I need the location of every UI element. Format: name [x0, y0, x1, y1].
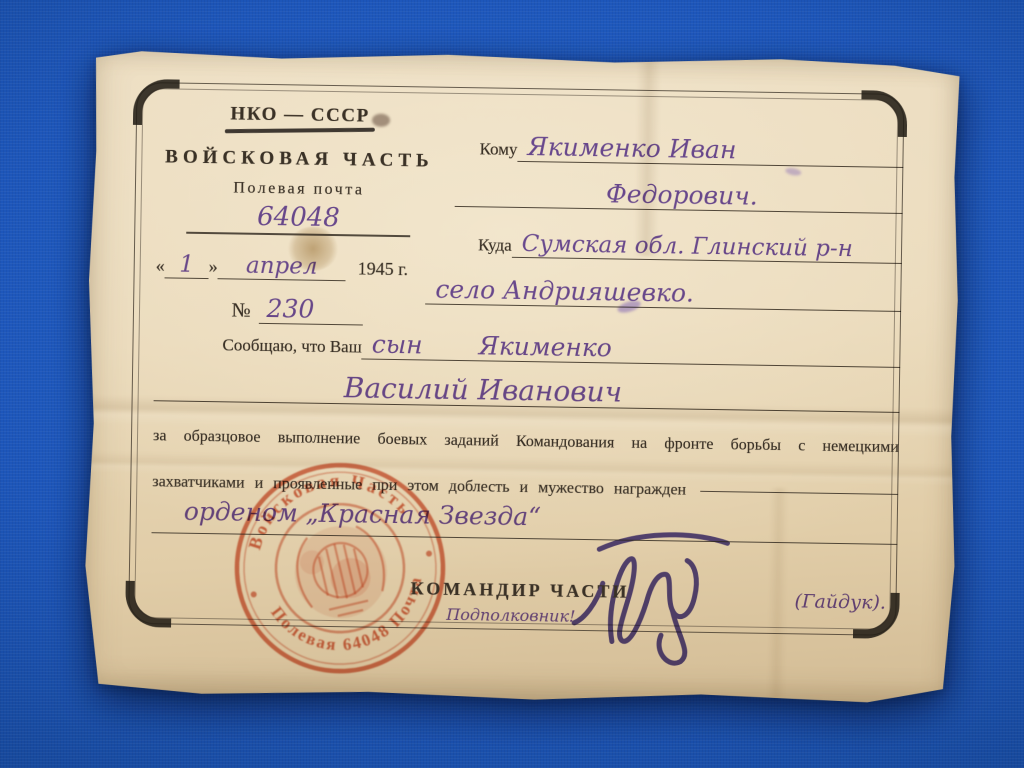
document-number-handwritten: 230 [258, 294, 362, 326]
number-label: № [231, 299, 250, 322]
document-number-row: № 230 [141, 292, 453, 327]
relation-word: сын [372, 330, 423, 360]
award-notification-document: НКО — СССР ВОЙСКОВАЯ ЧАСТЬ Полевая почта… [79, 47, 965, 709]
where-label: Куда [478, 235, 512, 256]
paper-wrapper: НКО — СССР ВОЙСКОВАЯ ЧАСТЬ Полевая почта… [79, 47, 965, 709]
frame-corner [861, 90, 908, 137]
field-post-label: Полевая почта [143, 178, 455, 201]
field-post-number-handwritten: 64048 [142, 202, 454, 233]
announce-label: Сообщаю, что Ваш [222, 335, 362, 357]
org-underline [225, 128, 375, 134]
letterhead-block: НКО — СССР ВОЙСКОВАЯ ЧАСТЬ Полевая почта… [141, 102, 456, 327]
commander-label: КОМАНДИР ЧАСТИ [411, 578, 630, 602]
date-year: 1945 г. [358, 258, 409, 280]
rank-handwritten: Подполковник! [446, 605, 575, 626]
org-title: НКО — СССР [144, 102, 456, 129]
commander-surname-handwritten: (Гайдук). [794, 590, 886, 613]
unit-title: ВОЙСКОВАЯ ЧАСТЬ [143, 146, 455, 173]
stamp-separator-dot [250, 591, 257, 598]
date-day-handwritten: 1 [165, 251, 209, 279]
date-row: « 1 » апрел 1945 г. [142, 251, 454, 283]
to-label: Кому [479, 139, 517, 160]
frame-corner [125, 581, 172, 628]
ruled-line [186, 232, 410, 238]
date-month-handwritten: апрел [218, 252, 346, 281]
surname-handwritten: Якименко [478, 331, 612, 362]
quote-close: » [209, 256, 218, 277]
award-handwritten: орденом „Красная Звезда“ [184, 497, 541, 532]
ruled-line [700, 491, 898, 495]
to-name-handwritten: Якименко Иван [517, 134, 903, 168]
quote-open: « [156, 255, 165, 276]
stamp-separator-dot [425, 550, 432, 557]
